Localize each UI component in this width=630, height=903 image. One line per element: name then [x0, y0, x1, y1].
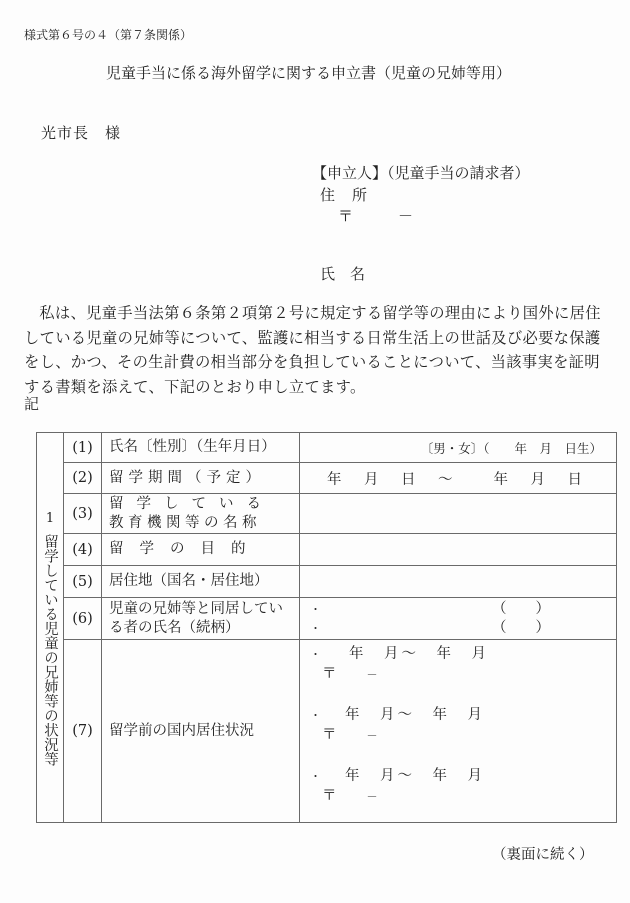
continued-note: （裏面に続く） [492, 843, 594, 864]
statement-text: 私は、児童手当法第６条第２項第２号に規定する留学等の理由により国外に居住している… [24, 301, 610, 399]
relationship-parens: （ ） [492, 619, 550, 638]
row-label: 児童の兄姉等と同居してい る者の氏名（続柄） [102, 598, 300, 640]
status-table: 1 留学している児童の兄姉等の状況等 (1) 氏名〔性別〕（生年月日） 〔男・女… [36, 432, 617, 823]
table-row: (2) 留学期間（予定） 年 月 日 ～ 年 月 日 [37, 463, 617, 494]
study-period-template: 年 月 日 ～ 年 月 日 [327, 472, 586, 488]
postal-mark: 〒 [322, 788, 337, 804]
postal-mark: 〒 [322, 727, 337, 743]
row-label-line2: る者の氏名（続柄） [109, 619, 299, 638]
bullet: ・ [310, 648, 321, 661]
table-row: 1 留学している児童の兄姉等の状況等 (1) 氏名〔性別〕（生年月日） 〔男・女… [37, 433, 617, 463]
relationship-parens: （ ） [492, 600, 550, 619]
postal-dash: － [367, 668, 378, 681]
row-label: 居住地（国名・居住地） [102, 566, 300, 598]
cohabitant-entry: ・ （ ） [310, 600, 616, 619]
postal-dash: － [398, 205, 413, 226]
name-label: 氏 名 [320, 263, 365, 284]
residence-entry: ・年 月～ 年 月 〒－ [310, 703, 616, 764]
row-number: (5) [64, 566, 102, 598]
residence-entry: ・年 月～ 年 月 〒－ [310, 642, 616, 703]
cohabitant-entry: ・ （ ） [310, 619, 616, 638]
document-title: 児童手当に係る海外留学に関する申立書（児童の兄姉等用） [106, 62, 511, 83]
table-row: (4) 留学の目的 [37, 534, 617, 566]
row-number: (3) [64, 494, 102, 534]
section-number: 1 [46, 511, 54, 526]
row-number: (2) [64, 463, 102, 494]
table-row: (7) 留学前の国内居住状況 ・年 月～ 年 月 〒－ ・年 月～ 年 月 〒－… [37, 640, 617, 823]
table-row: (5) 居住地（国名・居住地） [37, 566, 617, 598]
postal-mark: 〒 [338, 205, 353, 226]
postal-dash: － [367, 790, 378, 803]
period-template: 年 月～ 年 月 [345, 768, 485, 784]
prior-residence-field[interactable]: ・年 月～ 年 月 〒－ ・年 月～ 年 月 〒－ ・年 月～ 年 月 〒－ [300, 640, 617, 823]
table-row: (6) 児童の兄姉等と同居してい る者の氏名（続柄） ・ （ ） ・ （ ） [37, 598, 617, 640]
row-label-line1: 留学している [109, 495, 299, 514]
row-label: 留学の目的 [102, 534, 300, 566]
section-cell: 1 留学している児童の兄姉等の状況等 [37, 433, 64, 823]
section-label: 留学している児童の兄姉等の状況等 [42, 534, 58, 766]
bullet: ・ [310, 622, 321, 635]
row-label-line2: 教育機関等の名称 [109, 514, 299, 533]
form-number: 様式第６号の４（第７条関係） [24, 26, 192, 43]
cohabitant-names-field[interactable]: ・ （ ） ・ （ ） [300, 598, 617, 640]
row-number: (4) [64, 534, 102, 566]
row-label: 留学前の国内居住状況 [102, 640, 300, 823]
period-template: 年 月～ 年 月 [345, 707, 485, 723]
postal-dash: － [367, 729, 378, 742]
study-period-field[interactable]: 年 月 日 ～ 年 月 日 [300, 463, 617, 494]
row-label: 留学している 教育機関等の名称 [102, 494, 300, 534]
applicant-label: 【申立人】（児童手当の請求者） [312, 162, 530, 183]
institution-name-field[interactable] [300, 494, 617, 534]
row-label: 氏名〔性別〕（生年月日） [102, 433, 300, 463]
bullet: ・ [310, 709, 321, 722]
addressee: 光市長 様 [41, 122, 121, 143]
period-template: 年 月～ 年 月 [349, 646, 489, 662]
residence-field[interactable] [300, 566, 617, 598]
row-label: 留学期間（予定） [102, 463, 300, 494]
address-label: 住 所 [320, 184, 368, 205]
gender-birthdate-template: 〔男・女〕（ 年 月 日生） [421, 441, 602, 456]
row-number: (6) [64, 598, 102, 640]
bullet: ・ [310, 603, 321, 616]
ki-heading: 記 [24, 393, 39, 414]
postal-mark: 〒 [322, 666, 337, 682]
row-number: (1) [64, 433, 102, 463]
study-purpose-field[interactable] [300, 534, 617, 566]
row-number: (7) [64, 640, 102, 823]
table-row: (3) 留学している 教育機関等の名称 [37, 494, 617, 534]
residence-entry: ・年 月～ 年 月 〒－ [310, 764, 616, 814]
bullet: ・ [310, 770, 321, 783]
name-gender-birthdate-field[interactable]: 〔男・女〕（ 年 月 日生） [300, 433, 617, 463]
row-label-line1: 児童の兄姉等と同居してい [109, 600, 299, 619]
